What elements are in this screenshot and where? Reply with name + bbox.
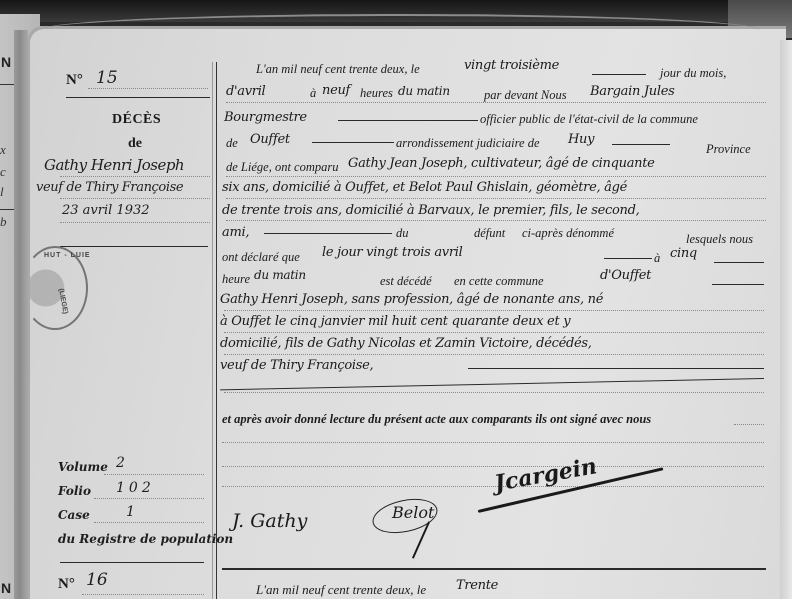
fill-line [714, 262, 764, 263]
fill-line [312, 142, 394, 143]
folio-value: 102 [116, 480, 155, 496]
deceased-name: Gathy Henri Joseph [44, 156, 184, 174]
act-handwritten-text: du matin [254, 268, 306, 282]
entry-number-value: 15 [96, 68, 118, 88]
seal-text-top: HUT - LUIE [44, 252, 91, 259]
act-print-text: ci-après dénommé [522, 226, 614, 241]
separator-line [60, 246, 208, 247]
fill-line [264, 233, 392, 234]
dotted-line [60, 198, 210, 199]
act-handwritten-text: domicilié, fils de Gathy Nicolas et Zami… [220, 336, 592, 351]
dotted-line [226, 198, 766, 199]
dotted-line [224, 310, 764, 311]
separator-line [60, 562, 204, 563]
case-value: 1 [126, 504, 135, 520]
folio-label: Folio [58, 484, 91, 498]
page-fragment-handwriting: b [0, 214, 7, 230]
dotted-line [82, 594, 204, 595]
dotted-line [222, 466, 764, 467]
page-fragment-handwriting: c [0, 164, 6, 180]
separator-line [66, 97, 210, 98]
next-act-handwritten-text: Trente [456, 578, 498, 593]
entry-separator-line [222, 568, 766, 570]
act-print-text: officier public de l'état-civil de la co… [480, 112, 698, 127]
dotted-line [224, 332, 764, 333]
act-print-text: du [396, 226, 409, 241]
act-print-text: lesquels nous [686, 232, 753, 247]
act-closing-text: et après avoir donné lecture du présent … [222, 412, 651, 427]
dotted-line [226, 176, 766, 177]
act-handwritten-text: Bargain Jules [590, 84, 674, 99]
act-handwritten-text: de trente trois ans, domicilié à Barvaux… [222, 203, 639, 218]
act-handwritten-text: ami, [222, 225, 249, 240]
fill-line [612, 144, 670, 145]
page-fragment-letter: N [1, 580, 11, 596]
dotted-line [60, 176, 210, 177]
dotted-line [104, 474, 204, 475]
deceased-note: veuf de Thiry Françoise [36, 180, 183, 195]
act-handwritten-text: le jour vingt trois avril [322, 245, 462, 260]
act-handwritten-text: cinq [670, 246, 697, 261]
act-print-text: par devant Nous [484, 88, 567, 103]
act-print-text: heures [360, 86, 393, 101]
act-handwritten-text: du matin [398, 84, 450, 98]
dotted-line [94, 522, 204, 523]
act-print-text: en cette commune [454, 274, 544, 289]
deces-title: DÉCÈS [112, 112, 161, 128]
fill-line [604, 258, 652, 259]
fill-line [592, 74, 646, 75]
act-handwritten-text: d'Ouffet [600, 268, 651, 283]
book-spine [14, 30, 28, 599]
act-print-text: heure [222, 272, 250, 287]
page-fragment-rule [0, 84, 14, 85]
deceased-date: 23 avril 1932 [62, 203, 150, 218]
dotted-line [222, 486, 764, 487]
dotted-line [222, 442, 764, 443]
volume-label: Volume [58, 460, 108, 474]
act-handwritten-text: Huy [568, 132, 594, 147]
register-footer-label: du Registre de population [58, 532, 233, 546]
act-print-text: de Liége, ont comparu [226, 160, 338, 175]
act-handwritten-text: Gathy Henri Joseph, sans profession, âgé… [220, 292, 603, 307]
volume-value: 2 [116, 455, 125, 471]
act-handwritten-text: Ouffet [250, 132, 290, 147]
case-label: Case [58, 508, 90, 522]
entry-number-label: N° [66, 72, 83, 89]
act-print-text: de [226, 136, 238, 151]
dotted-line [60, 222, 210, 223]
act-print-text: est décédé [380, 274, 432, 289]
dotted-line [224, 354, 764, 355]
next-entry-number-label: N° [58, 576, 75, 593]
act-print-text: Province [706, 142, 751, 157]
fill-line [468, 368, 764, 369]
column-divider [216, 62, 217, 599]
act-print-text: à [654, 251, 660, 266]
act-handwritten-text: neuf [322, 83, 350, 98]
fill-line [712, 284, 764, 285]
act-handwritten-text: six ans, domicilié à Ouffet, et Belot Pa… [222, 180, 627, 195]
signature-comparant-2: Belot [392, 503, 434, 522]
act-handwritten-text: à Ouffet le cinq janvier mil huit cent q… [220, 314, 570, 329]
act-handwritten-text: veuf de Thiry Françoise, [220, 358, 373, 373]
act-handwritten-text: Bourgmestre [224, 110, 307, 125]
dotted-line [224, 392, 764, 393]
dotted-line [88, 88, 208, 89]
page-fragment-rule [0, 209, 14, 210]
page-fragment-handwriting: l [0, 184, 4, 200]
act-handwritten-text: vingt troisième [464, 58, 559, 73]
act-print-text: jour du mois, [660, 66, 726, 81]
act-handwritten-text: Gathy Jean Joseph, cultivateur, âgé de c… [348, 156, 655, 171]
act-print-text: ont déclaré que [222, 250, 300, 265]
signature-comparant-1: J. Gathy [232, 510, 307, 532]
page-fragment-handwriting: x [0, 142, 6, 158]
next-act-print-text: L'an mil neuf cent trente deux, le [256, 582, 426, 598]
page-fragment-letter: N [1, 54, 11, 70]
dotted-line [226, 220, 766, 221]
act-print-text: défunt [474, 226, 505, 241]
fill-line [338, 120, 478, 121]
dotted-line [734, 424, 764, 425]
dotted-line [94, 498, 204, 499]
act-print-text: arrondissement judiciaire de [396, 136, 540, 151]
act-print-text: à [310, 86, 316, 101]
act-print-text: L'an mil neuf cent trente deux, le [256, 62, 420, 77]
next-entry-number-value: 16 [86, 570, 108, 590]
deces-de: de [128, 136, 142, 152]
act-handwritten-text: d'avril [226, 84, 265, 99]
column-divider-shadow [212, 62, 213, 599]
page-right-edge [780, 40, 792, 599]
dotted-line [226, 102, 766, 103]
